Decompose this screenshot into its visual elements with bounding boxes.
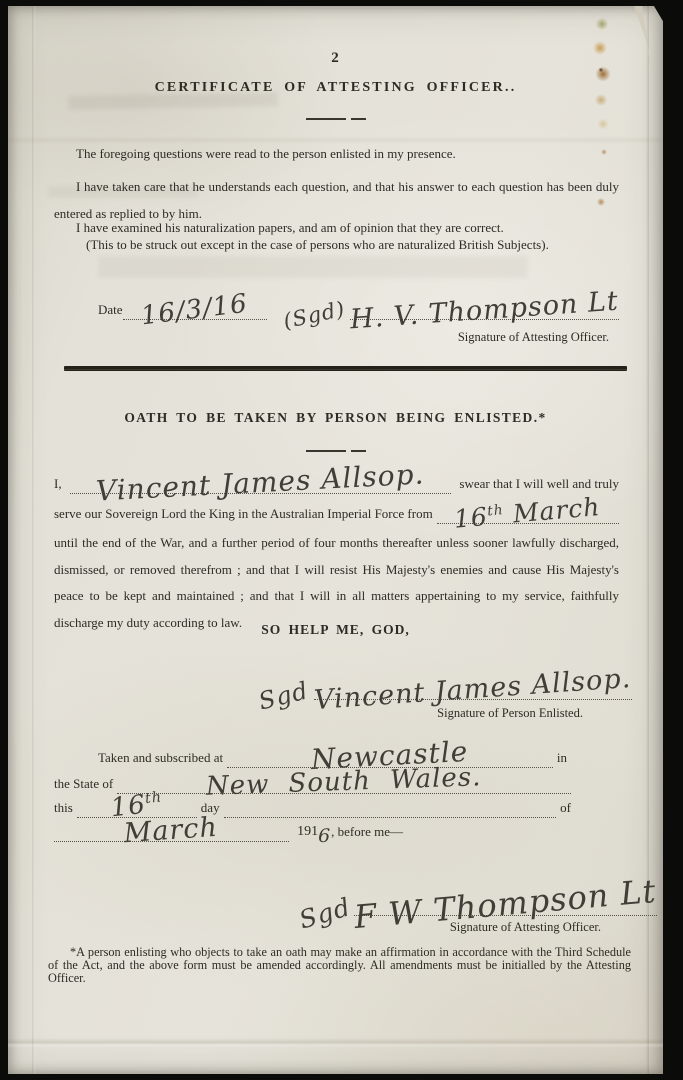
signature-caption: Signature of Attesting Officer. xyxy=(458,330,609,345)
certificate-paragraph: (This to be struck out except in the cas… xyxy=(62,237,617,253)
ink-bleed-through xyxy=(98,256,528,278)
certificate-title: CERTIFICATE OF ATTESTING OFFICER.. xyxy=(8,80,663,96)
oath-heading: OATH TO BE TAKEN BY PERSON BEING ENLISTE… xyxy=(8,410,663,426)
attestation-month-field: March xyxy=(54,828,289,843)
document-scan: 2 CERTIFICATE OF ATTESTING OFFICER.. The… xyxy=(0,0,683,1080)
year-printed: 191 xyxy=(297,824,318,842)
section-divider xyxy=(8,450,663,452)
horizontal-fold-crease xyxy=(8,136,663,144)
form-page: 2 CERTIFICATE OF ATTESTING OFFICER.. The… xyxy=(8,6,663,1074)
oath-from-date-handwritten: 16th March xyxy=(454,499,601,527)
oath-body: until the end of the War, and a further … xyxy=(54,530,619,636)
date-field: 16/3/16 xyxy=(123,306,268,320)
attesting-officer-signature-field: F W Thompson Lt xyxy=(354,899,657,916)
enlistee-name-handwritten: Vincent James Allsop. xyxy=(96,467,425,498)
person-signature-field: Vincent James Allsop. xyxy=(314,686,632,701)
attesting-officer-signature: F W Thompson Lt xyxy=(354,883,657,925)
footnote: *A person enlisting who objects to take … xyxy=(48,946,631,985)
oath-i-label: I, xyxy=(54,476,62,494)
certificate-paragraph: I have examined his naturalization paper… xyxy=(62,220,617,236)
signature-caption: Signature of Person Enlisted. xyxy=(437,706,583,721)
sgd-handwritten: (Sgd) xyxy=(283,303,346,326)
attesting-officer-signature: H. V. Thompson Lt xyxy=(350,294,619,326)
oath-from-date-field: 16th March xyxy=(437,508,619,524)
vertical-crease xyxy=(32,6,36,1074)
oath-line2-text: serve our Sovereign Lord the King in the… xyxy=(54,506,433,524)
person-enlisted-signature: Vincent James Allsop. xyxy=(314,671,632,707)
certificate-paragraph: I have taken care that he understands ea… xyxy=(54,173,619,227)
attestation-month-handwritten: March xyxy=(124,820,219,840)
horizontal-fold-crease xyxy=(8,1038,663,1048)
section-rule xyxy=(64,366,627,371)
attesting-officer-signature-field: H. V. Thompson Lt xyxy=(350,306,619,321)
certificate-paragraph: The foregoing questions were read to the… xyxy=(62,146,617,162)
before-me-label: , before me— xyxy=(331,824,403,842)
sgd-handwritten: Sgd xyxy=(258,684,310,708)
attestation-day-handwritten: 16th xyxy=(110,795,163,816)
section-divider xyxy=(8,118,663,120)
enlistee-name-field: Vincent James Allsop. xyxy=(70,479,452,494)
year-handwritten: 6 xyxy=(318,832,331,842)
of-label: of xyxy=(560,800,571,818)
sgd-handwritten: Sgd xyxy=(298,900,352,926)
date-handwritten: 16/3/16 xyxy=(141,298,249,324)
date-label: Date xyxy=(98,302,123,320)
page-number: 2 xyxy=(8,50,663,67)
so-help-me-god: SO HELP ME, GOD, xyxy=(8,622,663,638)
signature-caption: Signature of Attesting Officer. xyxy=(450,920,601,935)
